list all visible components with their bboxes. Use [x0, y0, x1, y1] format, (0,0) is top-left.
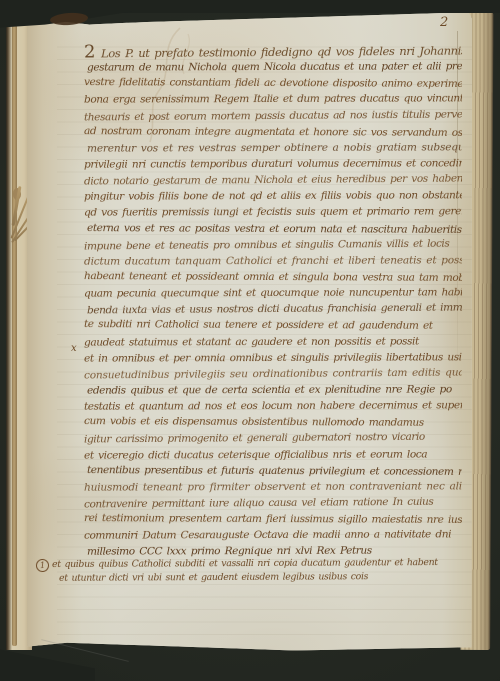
text-line: et viceregio dicti ducatus ceterisque of… [84, 446, 462, 463]
text-line: habeant teneant et possideant omnia et s… [84, 268, 462, 286]
margin-mark: x [71, 343, 77, 354]
footnote-block: et quibus quibus Catholici subditi et va… [52, 557, 462, 585]
text-line: gaudeat statuimus et statant ac gaudere … [84, 333, 462, 350]
text-line: te subditi nri Catholici sua tenere et p… [84, 316, 462, 334]
binding-thread [12, 24, 17, 646]
text-line: pingitur vobis filiis bone de not qd et … [84, 188, 462, 205]
text-line: ad nostram coronam integre augmentata et… [84, 123, 462, 141]
footnote-line: et utuntur dicti vri ubi sunt et gaudent… [59, 570, 379, 586]
text-line: rei testimonium presentem cartam fieri i… [84, 510, 462, 528]
paraph-mark: 2 [84, 42, 95, 61]
text-line: qd vos fueritis premissis iungi et fecis… [84, 204, 462, 221]
text-line: testatis et quantum ad nos et eos locum … [84, 397, 462, 414]
text-line: impune bene et teneatis pro omnibus et s… [84, 235, 462, 254]
text-line: bona erga serenissimum Regem Italie et d… [84, 91, 462, 108]
text-line: merentur vos et res vestras semper obtin… [87, 139, 462, 156]
text-line: et in omnibus et per omnia omnibus et si… [84, 349, 462, 366]
text-line: tenentibus presentibus et futuris quaten… [87, 462, 462, 480]
folio-number: 2 [440, 15, 460, 30]
footnote-line: et quibus quibus Catholici subditi et va… [52, 556, 462, 572]
manuscript-photo: 2 2Los P. ut prefato testimonio fidedign… [0, 0, 500, 681]
manuscript-text-block: 2Los P. ut prefato testimonio fidedigno … [84, 43, 462, 560]
text-line: communiri Datum Cesarauguste Octava die … [84, 527, 462, 544]
text-line: edendis quibus et que de certa scientia … [87, 381, 462, 398]
text-line: eterna vos et res ac positas vestra et e… [87, 220, 462, 238]
text-line: gestarum de manu Nichola quem Nicola duc… [87, 58, 462, 75]
text-line: thesauris et post eorum mortem passis du… [84, 106, 462, 125]
text-line: igitur carissimo primogenito et generali… [84, 429, 462, 448]
text-line: dictum ducatum tanquam Catholici et fran… [84, 252, 462, 269]
